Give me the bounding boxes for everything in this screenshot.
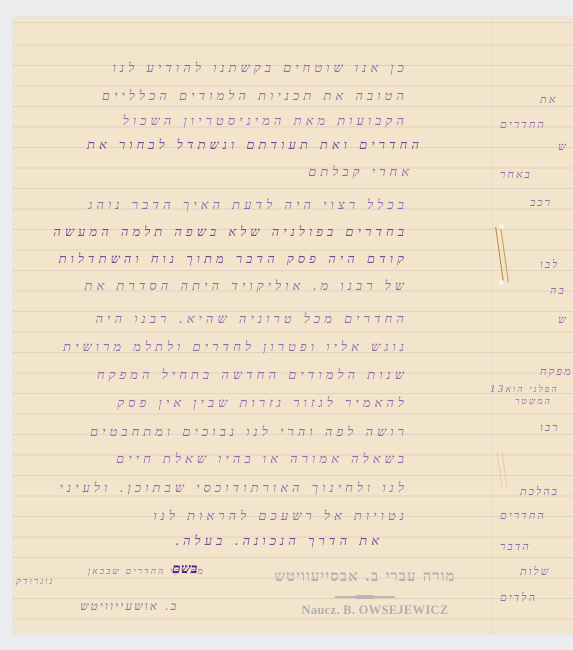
letter-line: שנות הלמודים החדשה בתחיל המפקח: [97, 367, 408, 383]
letter-line: את הדרך הנכונה. בעלה.: [175, 533, 383, 549]
letter-line: להאמיר לגזור גזרות שבין אין פסק: [117, 395, 408, 411]
letter-line: קודם היה פסק הדבר מתוך נוח והשתדלות: [59, 251, 408, 267]
staple-mark: [495, 227, 509, 282]
side-fragment: לבו: [540, 258, 559, 271]
stamp-hebrew: מורה עברי ב. אבסייעוויטש: [265, 567, 465, 586]
letter-line: נוגש אליו ופטרון לחדרים ולתלמ מרושית: [63, 339, 408, 355]
side-fragment: החדרים: [500, 509, 546, 522]
side-fragment: רבו: [540, 421, 560, 434]
letter-line: הקבועות מאת המיניסטריון השכול: [123, 113, 408, 129]
letter-line: לנו ולחינוך האורתודוכסי שבתוכן. ולעיני: [59, 480, 408, 496]
stamp-divider: [335, 596, 395, 598]
side-fragment: המשטר: [515, 396, 552, 407]
signatory-title: מחזיקי החדרים שבכאן: [88, 566, 205, 577]
letter-line: כן אנו שוטחים בקשתנו להודיע לנו: [113, 60, 408, 76]
paper-fold: [492, 17, 494, 634]
letter-line: החדרים מכל טרוניה שהיא. רבנו היה: [95, 311, 408, 327]
side-fragment: ש: [558, 313, 568, 326]
letter-line: רושה לפה והרי לנו נבוכים ומתחבטים: [90, 424, 408, 440]
signatory-place: נוגרודק: [16, 576, 54, 587]
letter-line: בכלל רצוי היה לדעת האיך הדבר נוהג: [88, 197, 408, 213]
side-fragment: המפקח: [540, 365, 573, 378]
side-fragment: בה: [550, 284, 566, 297]
letter-line: בשאלה אמורה או בהיו שאלת חיים: [116, 451, 408, 467]
side-fragment: שלות: [520, 565, 550, 578]
side-fragment: הלדים: [500, 591, 537, 604]
side-fragment: את: [540, 93, 557, 106]
staple-mark: [497, 452, 508, 487]
letter-line: בחדרים בפולניה שלא בשפה תלמה המעשה: [53, 224, 408, 240]
letter-line: של רבנו מ. אוליקויד היתה הסדרת את: [85, 278, 408, 294]
letter-line: אחרי קבלתם: [308, 164, 413, 180]
side-fragment: החדרים: [500, 118, 546, 131]
letter-line: נטויות אל רשעכם להראות לנו: [153, 508, 408, 524]
side-fragment: ש: [558, 140, 568, 153]
staple-hole: [499, 280, 504, 285]
side-fragment: הדבר: [500, 540, 531, 553]
handwritten-signature: ב. אושעייוויטש: [80, 599, 178, 614]
side-fragment: הפלני הוא13: [490, 384, 559, 395]
letter-line: החדרים ואת תעודתם ונשתדל לבחור את: [87, 137, 423, 153]
side-fragment: באחר: [500, 168, 532, 181]
stamp-latin: Naucz. B. OWSEJEWICZ: [280, 603, 470, 618]
staple-hole: [499, 224, 504, 229]
side-fragment: בהלכת: [520, 485, 559, 498]
side-fragment: רכב: [530, 196, 552, 209]
letter-line: הטובה את תכניות הלמודים הכלליים: [102, 88, 408, 104]
